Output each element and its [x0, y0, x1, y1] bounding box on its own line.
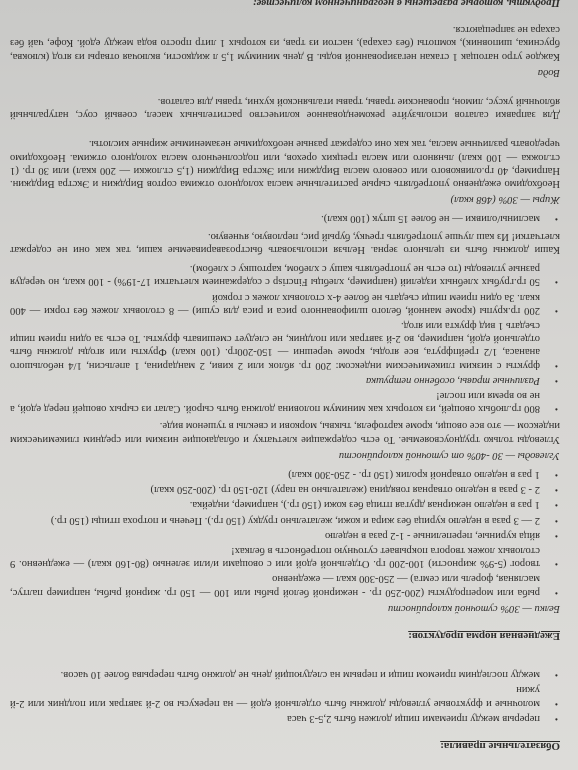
bullet-icon: • — [555, 304, 558, 317]
list-item: •800 гр.любых овощей, из которых как мин… — [10, 389, 560, 415]
bullet-icon: • — [555, 529, 558, 542]
bullet-icon: • — [555, 402, 558, 415]
list-item: •1 раз в неделю нежирная другая птица бе… — [10, 498, 560, 511]
list-item: •50 гр.грубых хлебных изделий (например,… — [10, 262, 560, 288]
bullet-icon: • — [555, 585, 558, 598]
rules-list: •перерыв между приемами пищи должен быть… — [10, 668, 560, 725]
carbs-intro: Углеводы только трудноусвояемые. То есть… — [10, 419, 560, 445]
bullet-icon: • — [555, 358, 558, 371]
olives-list: •маслины/оливки — не более 15 штук (100 … — [10, 212, 560, 225]
list-item: •перерыв между приемами пищи должен быть… — [10, 712, 560, 725]
water-title: Вода — [10, 66, 560, 79]
list-item: •молочные и фруктовые углеводы должны бы… — [10, 683, 560, 709]
fats-text: Необходимо ежедневно употреблять сырые р… — [10, 137, 560, 190]
list-item: •яйца куриные, перепелиные - 1-2 раза в … — [10, 529, 560, 542]
rules-section: Обязательные правила: •перерыв между при… — [10, 668, 560, 752]
list-item: •Различные травы, особенно петрушка — [10, 374, 560, 387]
list-item: •1 раз в неделю отварной кролик (150 гр.… — [10, 468, 560, 481]
bullet-icon: • — [555, 212, 558, 225]
proteins-list: •рыба или морепродукты (200-250 гр. - не… — [10, 468, 560, 599]
bullet-icon: • — [555, 275, 558, 288]
list-item: •рыба или морепродукты (200-250 гр. - не… — [10, 572, 560, 598]
unlimited-heading: Продукты, которые разрешены в неограниче… — [10, 0, 560, 9]
fats-title: Жиры — 30% (468 ккал) — [10, 193, 560, 206]
bullet-icon: • — [555, 513, 558, 526]
dressing-text: Для заправки салатов используйте рекомен… — [10, 95, 560, 121]
bullet-icon: • — [555, 712, 558, 725]
bullet-icon: • — [555, 374, 558, 387]
bullet-icon: • — [555, 696, 558, 709]
list-item: •2 - 3 раза в неделю отварная говядина (… — [10, 483, 560, 496]
carbs-note: Каши должны быть из цельного зерна. Нель… — [10, 230, 560, 256]
carbs-list: •800 гр.любых овощей, из которых как мин… — [10, 262, 560, 415]
list-item: •творог (5-9% жирности) 100-200 гр. Отде… — [10, 544, 560, 570]
carbs-title: Углеводы — 30 -40% от суточной калорийно… — [10, 449, 560, 462]
rules-heading: Обязательные правила: — [10, 739, 560, 752]
document-page: Обязательные правила: •перерыв между при… — [0, 0, 578, 770]
daily-norm-section: Ежедневная норма продуктов: Белки — 30% … — [10, 23, 560, 642]
list-item: •2 — 3 раза в неделю курица без жира и к… — [10, 513, 560, 526]
proteins-title: Белки — 30% суточной калорийности — [10, 602, 560, 615]
water-text: Каждое утро натощак 1 стакан негазирован… — [10, 23, 560, 63]
list-item: •200 гр.крупы (кроме манной, белого шлиф… — [10, 290, 560, 316]
bullet-icon: • — [555, 498, 558, 511]
list-item: •между последним приемом пищи и первым н… — [10, 668, 560, 681]
bullet-icon: • — [555, 668, 558, 681]
list-item: •фрукты с низким гликемическим индексом:… — [10, 319, 560, 372]
unlimited-section: Продукты, которые разрешены в неограниче… — [10, 0, 560, 9]
daily-norm-heading: Ежедневная норма продуктов: — [10, 629, 560, 642]
bullet-icon: • — [555, 483, 558, 496]
bullet-icon: • — [555, 557, 558, 570]
bullet-icon: • — [555, 468, 558, 481]
list-item: •маслины/оливки — не более 15 штук (100 … — [10, 212, 560, 225]
